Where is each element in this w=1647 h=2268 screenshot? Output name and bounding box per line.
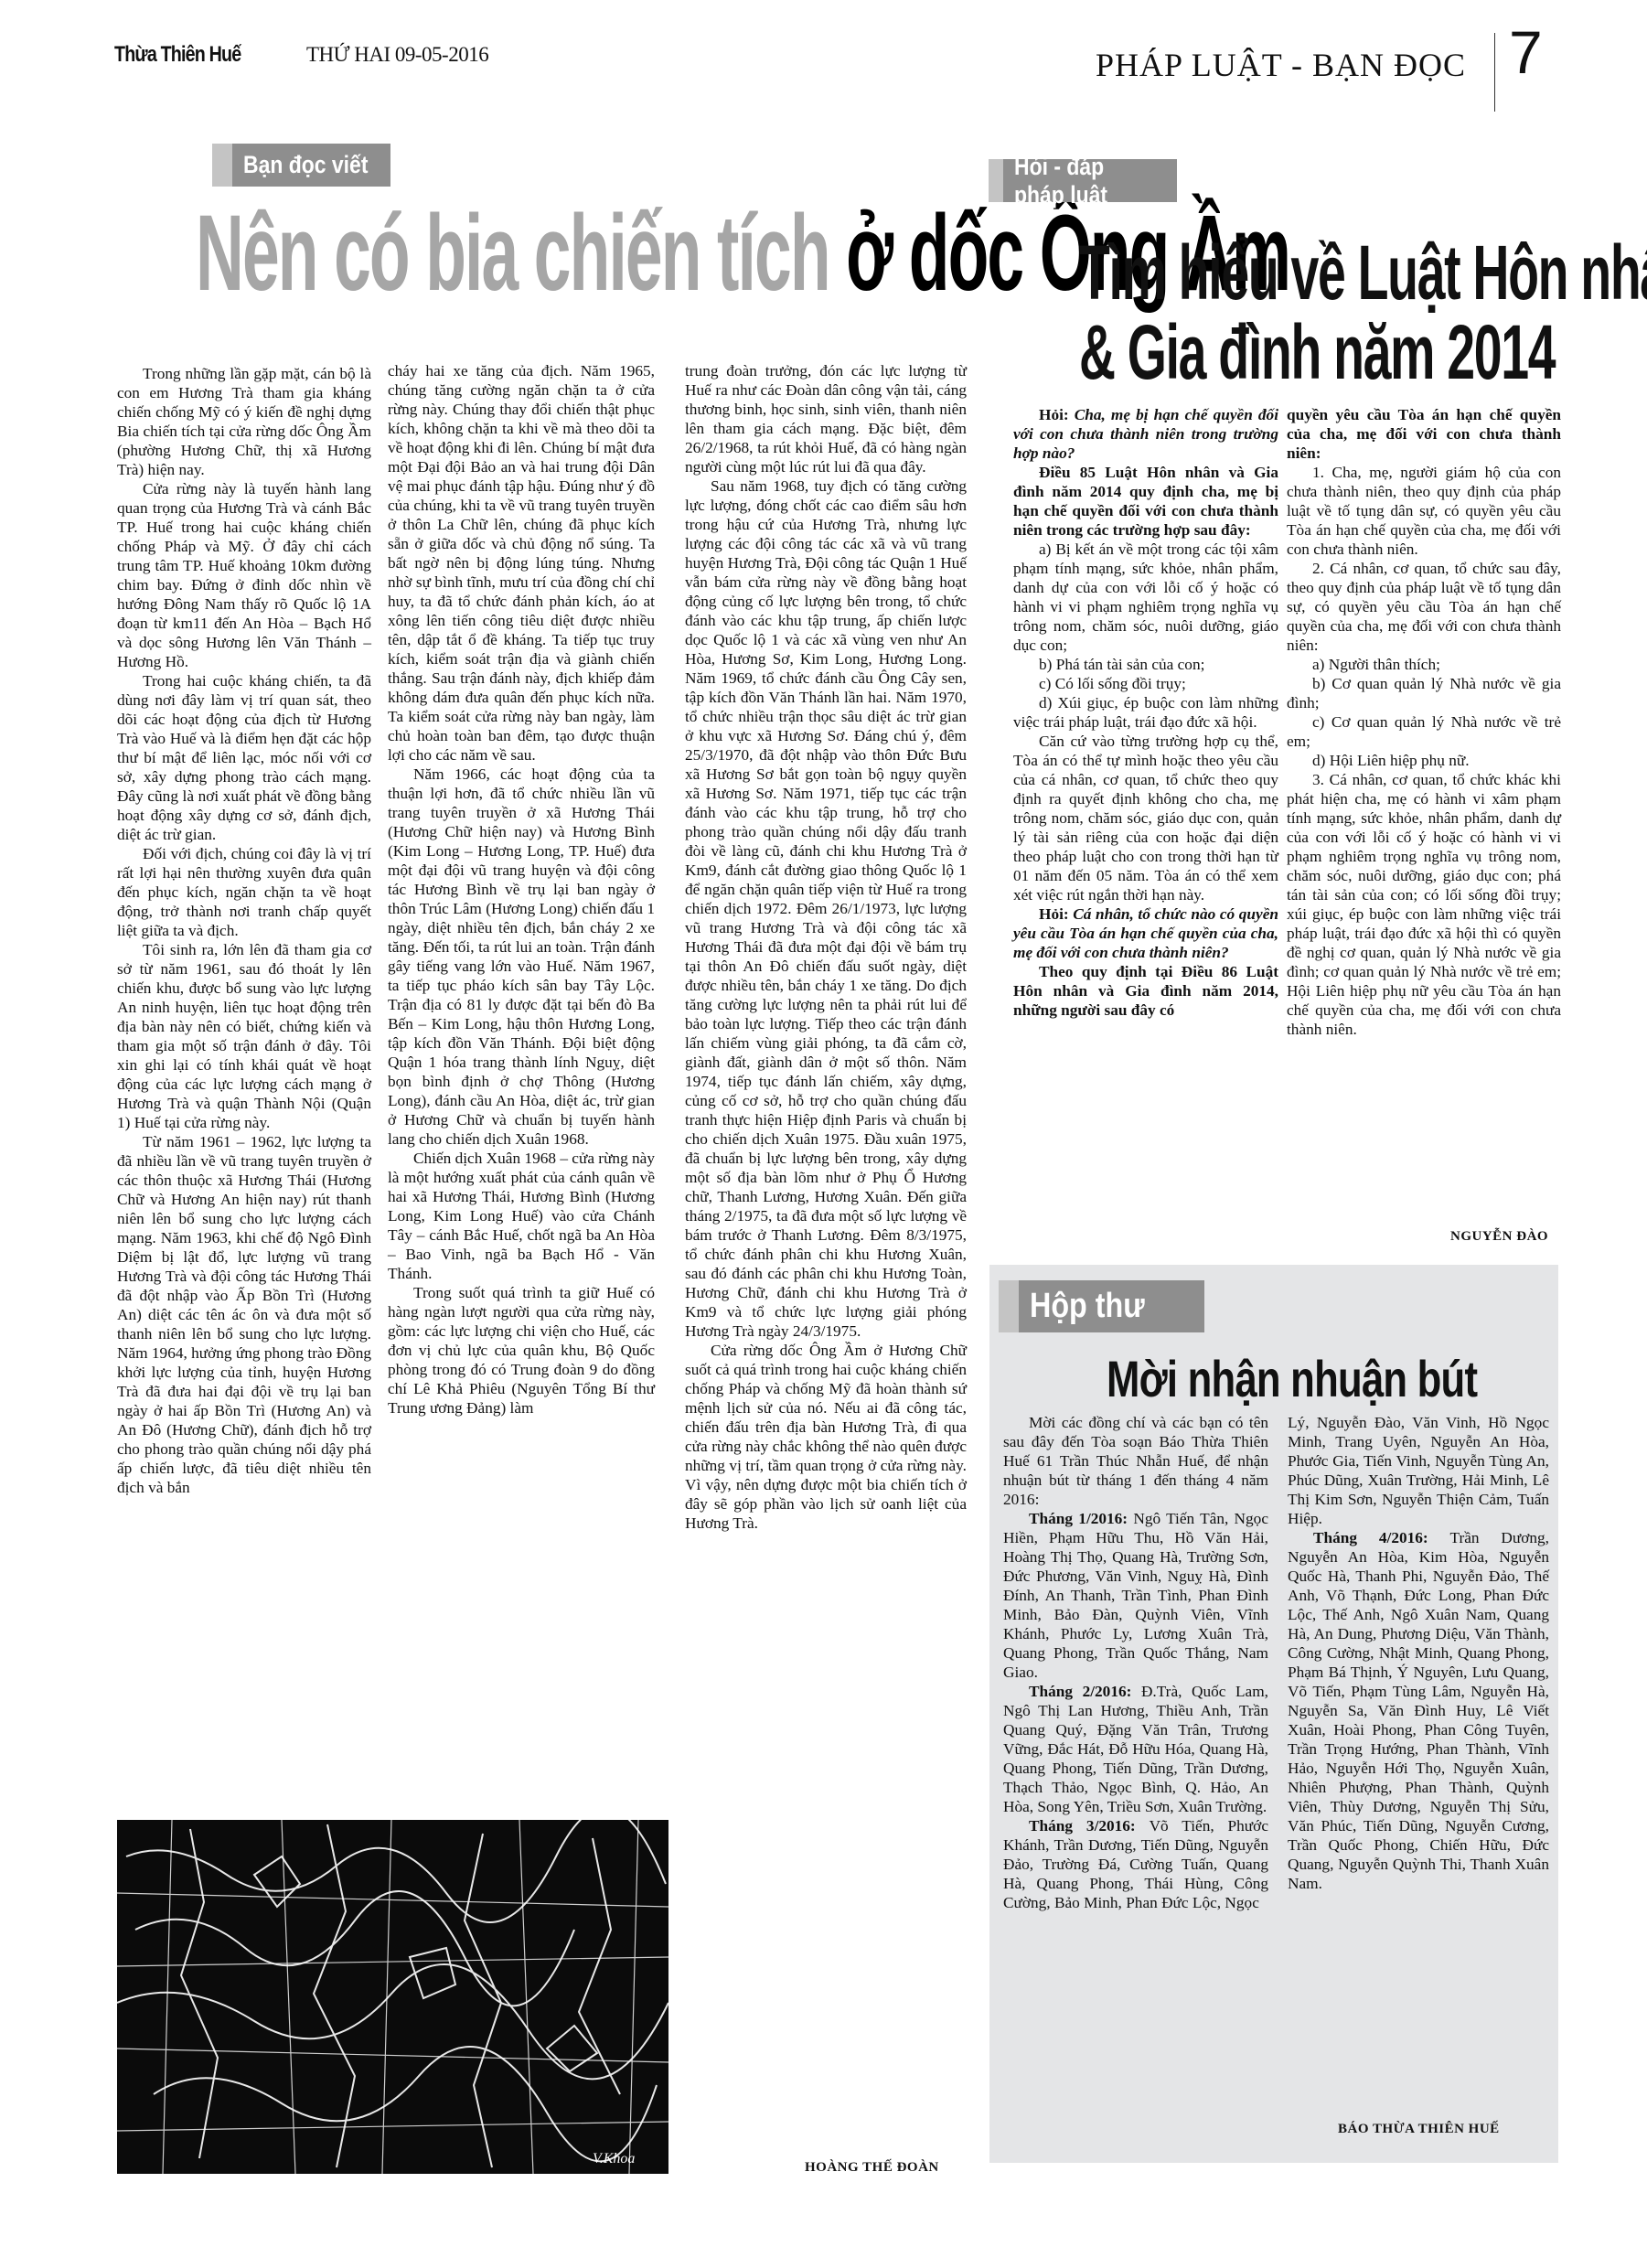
section-tag-hop-thu: Hộp thư: [999, 1280, 1204, 1332]
jungle-artwork-icon: V.Khoa: [117, 1820, 668, 2174]
question-label: Hỏi:: [1039, 905, 1073, 923]
qa-column-2: quyền yêu cầu Tòa án hạn chế quyền của c…: [1287, 405, 1561, 1039]
list-item: a) Bị kết án về một trong các tội xâm ph…: [1013, 540, 1278, 655]
headline-gray-part: Nên có bia chiến tích: [196, 193, 846, 314]
list-item: 1. Cha, mẹ, người giám hộ của con chưa t…: [1287, 463, 1561, 559]
month-names: Đ.Trà, Quốc Lam, Ngô Thị Lan Hương, Thiề…: [1003, 1683, 1268, 1815]
month-list: Tháng 2/2016: Đ.Trà, Quốc Lam, Ngô Thị L…: [1003, 1682, 1268, 1816]
paragraph: Đối với địch, chúng coi đây là vị trí rấ…: [117, 844, 371, 940]
month-label: Tháng 1/2016:: [1029, 1510, 1133, 1527]
paragraph: Tôi sinh ra, lớn lên đã tham gia cơ sở t…: [117, 940, 371, 1132]
qa-headline-line-1: Tìm hiểu về Luật Hôn nhân: [1079, 233, 1647, 313]
paragraph: Trong suốt quá trình ta giữ Huế có hàng …: [388, 1283, 655, 1417]
section-tag-hoi-dap-phap-luat: Hỏi - đáp pháp luật: [989, 159, 1177, 202]
qa-article-headline: Tìm hiểu về Luật Hôn nhân & Gia đình năm…: [1079, 233, 1647, 391]
month-list: Tháng 4/2016: Trần Dương, Nguyễn An Hòa,…: [1288, 1528, 1549, 1893]
list-item: d) Xúi giục, ép buộc con làm những việc …: [1013, 693, 1278, 732]
list-item: c) Cơ quan quản lý Nhà nước về trẻ em;: [1287, 712, 1561, 751]
paragraph: Căn cứ vào từng trường hợp cụ thể, Tòa á…: [1013, 732, 1278, 904]
paragraph: trung đoàn trưởng, đón các lực lượng từ …: [685, 361, 967, 476]
month-label: Tháng 2/2016:: [1029, 1683, 1141, 1700]
paragraph: Trong hai cuộc kháng chiến, ta đã dùng n…: [117, 671, 371, 844]
list-item: d) Hội Liên hiệp phụ nữ.: [1287, 751, 1561, 770]
qa-column-1: Hỏi: Cha, mẹ bị hạn chế quyền đối với co…: [1013, 405, 1278, 1020]
paragraph: Từ năm 1961 – 1962, lực lượng ta đã nhiề…: [117, 1132, 371, 1497]
list-item: b) Cơ quan quản lý Nhà nước về gia đình;: [1287, 674, 1561, 712]
list-item: b) Phá tán tài sản của con;: [1013, 655, 1278, 674]
mailbox-signature: BÁO THỪA THIÊN HUẾ: [1338, 2122, 1500, 2137]
header-divider: [1494, 33, 1495, 112]
woodcut-illustration: V.Khoa: [117, 1820, 668, 2174]
paragraph: Cửa rừng dốc Ông Ầm ở Hương Chữ suốt cả …: [685, 1341, 967, 1533]
main-article-column-1: Trong những lần gặp mặt, cán bộ là con e…: [117, 364, 371, 1497]
paragraph: Năm 1966, các hoạt động của ta thuận lợi…: [388, 765, 655, 1149]
paragraph: Chiến dịch Xuân 1968 – cửa rừng này là m…: [388, 1149, 655, 1283]
paragraph: cháy hai xe tăng của địch. Năm 1965, chú…: [388, 361, 655, 765]
section-tag-label: Hỏi - đáp pháp luật: [1014, 153, 1152, 209]
question-2: Hỏi: Cá nhân, tổ chức nào có quyền yêu c…: [1013, 904, 1278, 962]
list-item: a) Người thân thích;: [1287, 655, 1561, 674]
answer-1-intro: Điều 85 Luật Hôn nhân và Gia đình năm 20…: [1013, 463, 1278, 540]
qa-headline-line-2: & Gia đình năm 2014: [1079, 313, 1647, 392]
month-label: Tháng 4/2016:: [1313, 1529, 1450, 1546]
main-article-column-2: cháy hai xe tăng của địch. Năm 1965, chú…: [388, 361, 655, 1417]
page-number: 7: [1509, 22, 1543, 82]
illustration-signature: V.Khoa: [593, 2151, 635, 2166]
mailbox-intro: Mời các đồng chí và các bạn có tên sau đ…: [1003, 1413, 1268, 1509]
mailbox-column-1: Mời các đồng chí và các bạn có tên sau đ…: [1003, 1413, 1268, 1912]
section-title: PHÁP LUẬT - BẠN ĐỌC: [1096, 46, 1466, 84]
section-tag-label: Hộp thư: [1030, 1287, 1145, 1326]
month-names: Ngô Tiến Tân, Ngọc Hiền, Phạm Hữu Thu, H…: [1003, 1510, 1268, 1681]
paragraph: Sau năm 1968, tuy địch có tăng cường lực…: [685, 476, 967, 1341]
question-label: Hỏi:: [1039, 406, 1075, 423]
month-label: Tháng 3/2016:: [1029, 1817, 1150, 1835]
answer-2-continued: quyền yêu cầu Tòa án hạn chế quyền của c…: [1287, 405, 1561, 463]
mailbox-column-2: Lý, Nguyễn Đào, Văn Vinh, Hồ Ngọc Minh, …: [1288, 1413, 1549, 1893]
list-item: 3. Cá nhân, cơ quan, tổ chức khác khi ph…: [1287, 770, 1561, 1039]
main-article-byline: HOÀNG THẾ ĐOÀN: [805, 2160, 939, 2176]
issue-date: THỨ HAI 09-05-2016: [306, 43, 488, 67]
section-tag-ban-doc-viet: Bạn đọc viết: [212, 144, 390, 187]
list-item: 2. Cá nhân, cơ quan, tổ chức sau đây, th…: [1287, 559, 1561, 655]
main-article-column-3: trung đoàn trưởng, đón các lực lượng từ …: [685, 361, 967, 1533]
paragraph: Cửa rừng này là tuyến hành lang quan trọ…: [117, 479, 371, 671]
section-tag-label: Bạn đọc viết: [243, 151, 368, 179]
answer-2-intro: Theo quy định tại Điều 86 Luật Hôn nhân …: [1013, 962, 1278, 1020]
month-list: Tháng 3/2016: Võ Tiến, Phước Khánh, Trần…: [1003, 1816, 1268, 1912]
month-list: Tháng 1/2016: Ngô Tiến Tân, Ngọc Hiền, P…: [1003, 1509, 1268, 1682]
mailbox-headline: Mời nhận nhuận bút: [1107, 1349, 1477, 1408]
list-item: c) Có lối sống đồi trụy;: [1013, 674, 1278, 693]
month-names-continued: Lý, Nguyễn Đào, Văn Vinh, Hồ Ngọc Minh, …: [1288, 1413, 1549, 1528]
newspaper-logo: Thừa Thiên Huế: [114, 42, 241, 68]
question-1: Hỏi: Cha, mẹ bị hạn chế quyền đối với co…: [1013, 405, 1278, 463]
qa-article-byline: NGUYỄN ĐÀO: [1450, 1229, 1548, 1245]
paragraph: Trong những lần gặp mặt, cán bộ là con e…: [117, 364, 371, 479]
month-names: Trần Dương, Nguyễn An Hòa, Kim Hòa, Nguy…: [1288, 1529, 1549, 1892]
